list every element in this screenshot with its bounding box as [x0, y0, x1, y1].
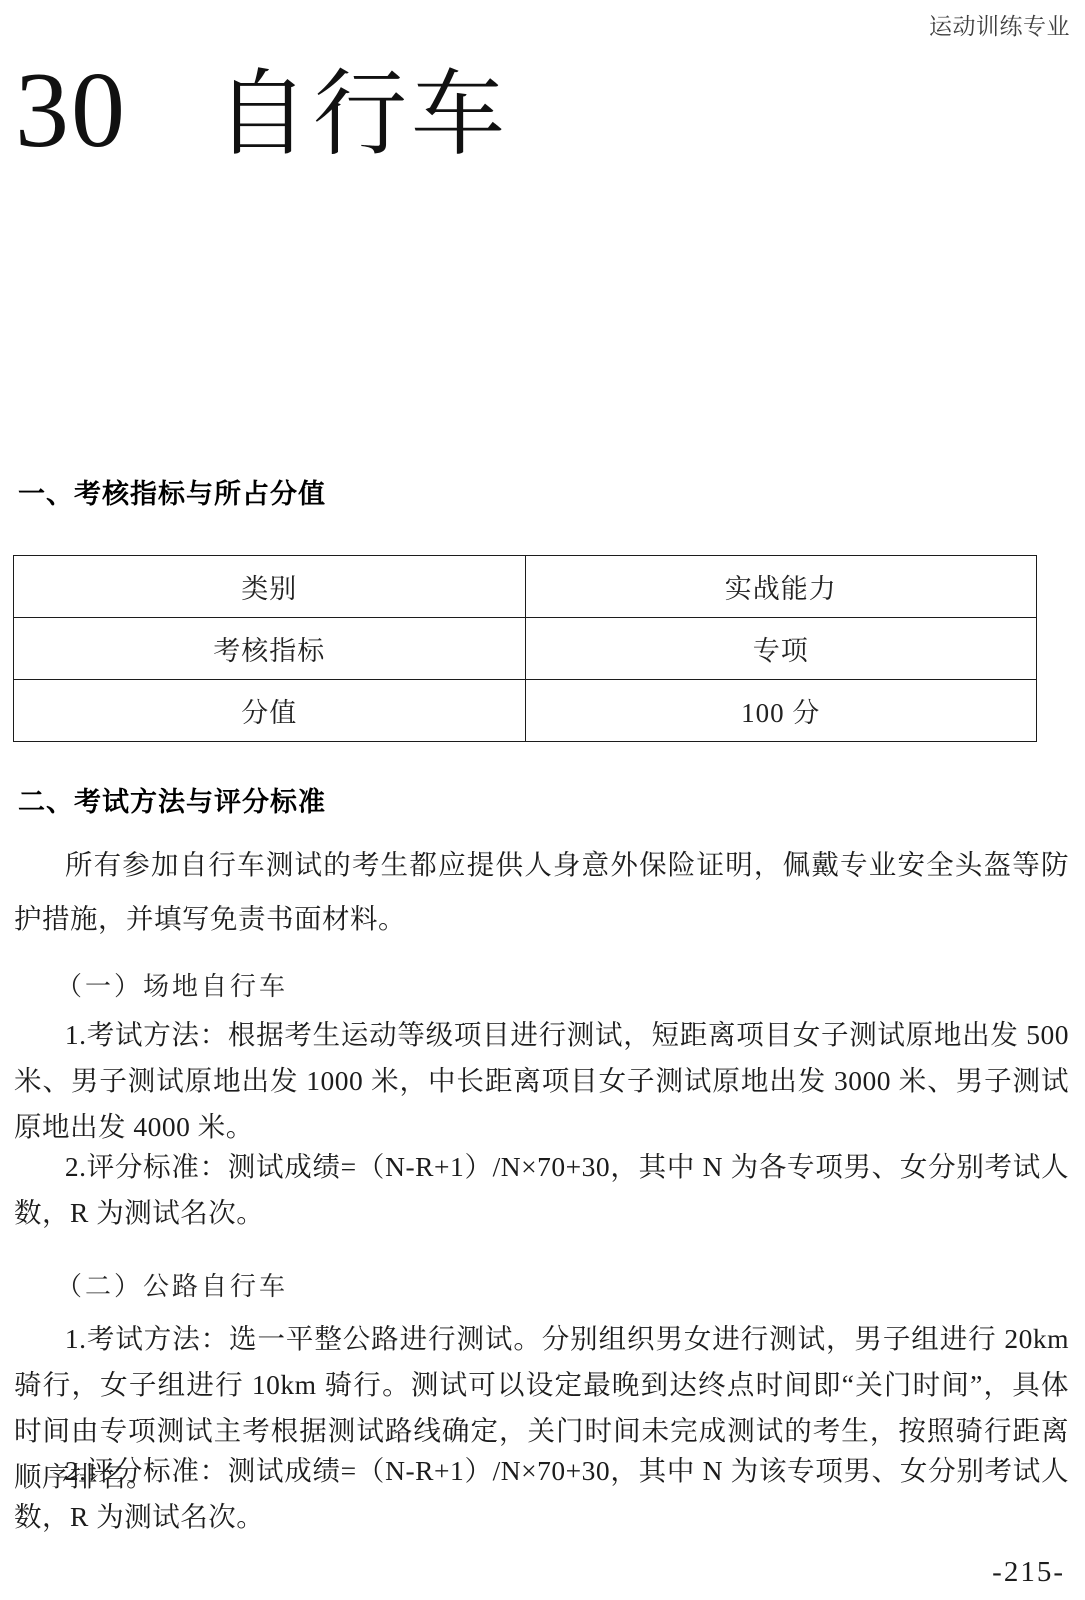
page-number: -215- — [992, 1556, 1065, 1589]
chapter-number: 30 — [15, 52, 127, 170]
running-header: 运动训练专业 — [929, 8, 1070, 41]
table-cell-category-label: 类别 — [14, 556, 526, 618]
table-row: 类别 实战能力 — [14, 556, 1037, 618]
table-cell-indicator-value: 专项 — [525, 618, 1037, 680]
paragraph-track-scoring-standard: 2.评分标准：测试成绩=（N-R+1）/N×70+30，其中 N 为各专项男、女… — [14, 1144, 1069, 1236]
table-cell-category-value: 实战能力 — [525, 556, 1037, 618]
chapter-name: 自行车 — [215, 59, 509, 171]
table-cell-score-label: 分值 — [14, 680, 526, 742]
paragraph-road-scoring-standard: 2.评分标准：测试成绩=（N-R+1）/N×70+30，其中 N 为该专项男、女… — [14, 1448, 1069, 1540]
subsection-heading-track-cycling: （一）场地自行车 — [56, 966, 288, 1003]
paragraph-track-exam-method: 1.考试方法：根据考生运动等级项目进行测试，短距离项目女子测试原地出发 500 … — [14, 1012, 1069, 1150]
document-page: 运动训练专业 30 自行车 一、考核指标与所占分值 类别 实战能力 考核指标 专… — [0, 0, 1085, 1600]
section-heading-assessment-indicators: 一、考核指标与所占分值 — [18, 472, 326, 511]
table-cell-score-value: 100 分 — [525, 680, 1037, 742]
table-row: 分值 100 分 — [14, 680, 1037, 742]
score-table: 类别 实战能力 考核指标 专项 分值 100 分 — [13, 555, 1037, 742]
table-cell-indicator-label: 考核指标 — [14, 618, 526, 680]
section-heading-exam-method: 二、考试方法与评分标准 — [18, 780, 326, 819]
chapter-title: 30 自行车 — [15, 52, 509, 171]
paragraph-insurance-requirement: 所有参加自行车测试的考生都应提供人身意外保险证明，佩戴专业安全头盔等防护措施，并… — [14, 838, 1069, 946]
subsection-heading-road-cycling: （二）公路自行车 — [56, 1266, 288, 1303]
table-row: 考核指标 专项 — [14, 618, 1037, 680]
